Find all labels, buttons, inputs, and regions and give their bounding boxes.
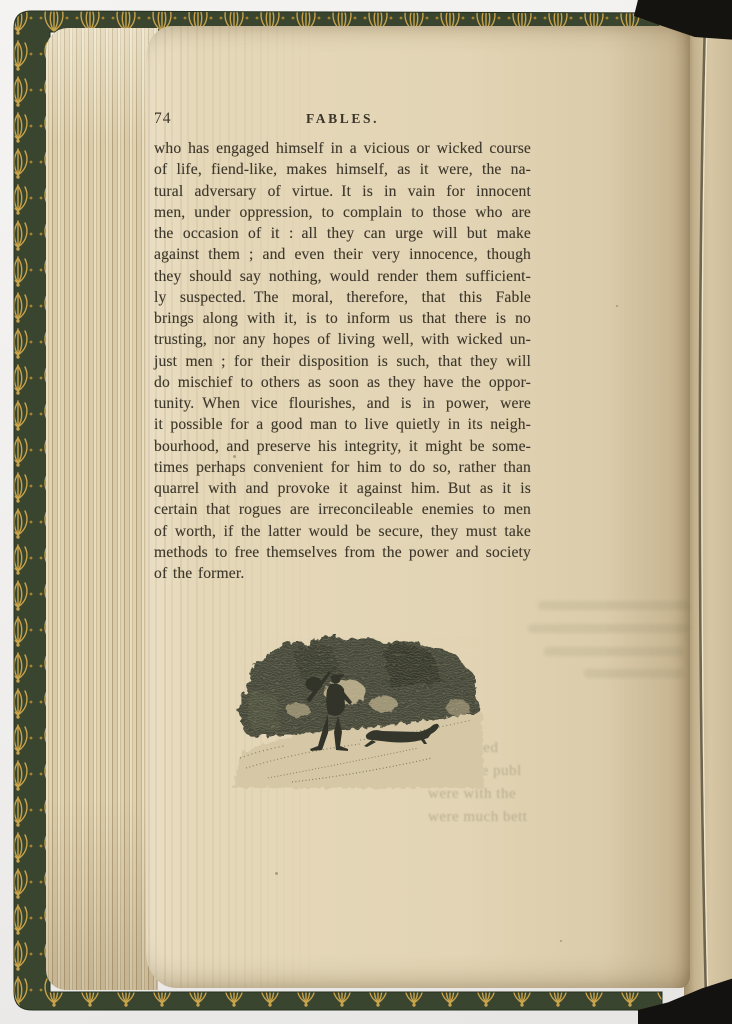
show-through-smudge [538,601,690,610]
foxing-spot [560,940,562,942]
text-line: certain that rogues are irreconcileable … [154,499,531,520]
text-line: bourhood, and preserve his integrity, it… [154,436,531,457]
text-line: times perhaps convenient for him to do s… [154,457,531,478]
foxing-spot [233,455,236,458]
text-line: just men ; for their disposition is such… [154,351,531,372]
show-through-line: were much bett [428,806,590,829]
text-line: methods to free themselves from the powe… [154,542,531,563]
text-line: ly suspected. The moral, therefore, that… [154,287,531,308]
text-line: brings along with it, is to inform us th… [154,308,531,329]
text-line: of worth, if the latter would be secure,… [154,521,531,542]
text-line: the occasion of it : all they can urge w… [154,223,531,244]
show-through-smudge [584,669,684,678]
text-line: of the former. [154,563,531,584]
woodcut-illustration [232,632,484,790]
foxing-spot [275,872,278,875]
foxing-spot [384,645,386,647]
show-through-smudge [544,647,684,656]
text-line: men, under oppression, to complain to th… [154,202,531,223]
text-line: tural adversary of virtue. It is in vain… [154,181,531,202]
text-line: it possible for a good man to live quiet… [154,414,531,435]
text-line: they should say nothing, would render th… [154,266,531,287]
text-line: do mischief to others as soon as they ha… [154,372,531,393]
text-line: quarrel with and provoke it against him.… [154,478,531,499]
photo-of-open-book: 74 FABLES. who has engaged himself in a … [0,0,732,1024]
text-line: against them ; and even their very innoc… [154,244,531,265]
text-line: tunity. When vice flourishes, and is in … [154,393,531,414]
text-line: who has engaged himself in a vicious or … [154,138,531,159]
text-line: trusting, nor any hopes of living well, … [154,329,531,350]
page-edges-stack [46,28,158,990]
running-head: FABLES. [154,111,531,127]
page-text: who has engaged himself in a vicious or … [154,138,531,584]
show-through-smudge [528,624,690,633]
foxing-spot [616,305,618,307]
text-line: of life, fiend-like, makes himself, as i… [154,159,531,180]
